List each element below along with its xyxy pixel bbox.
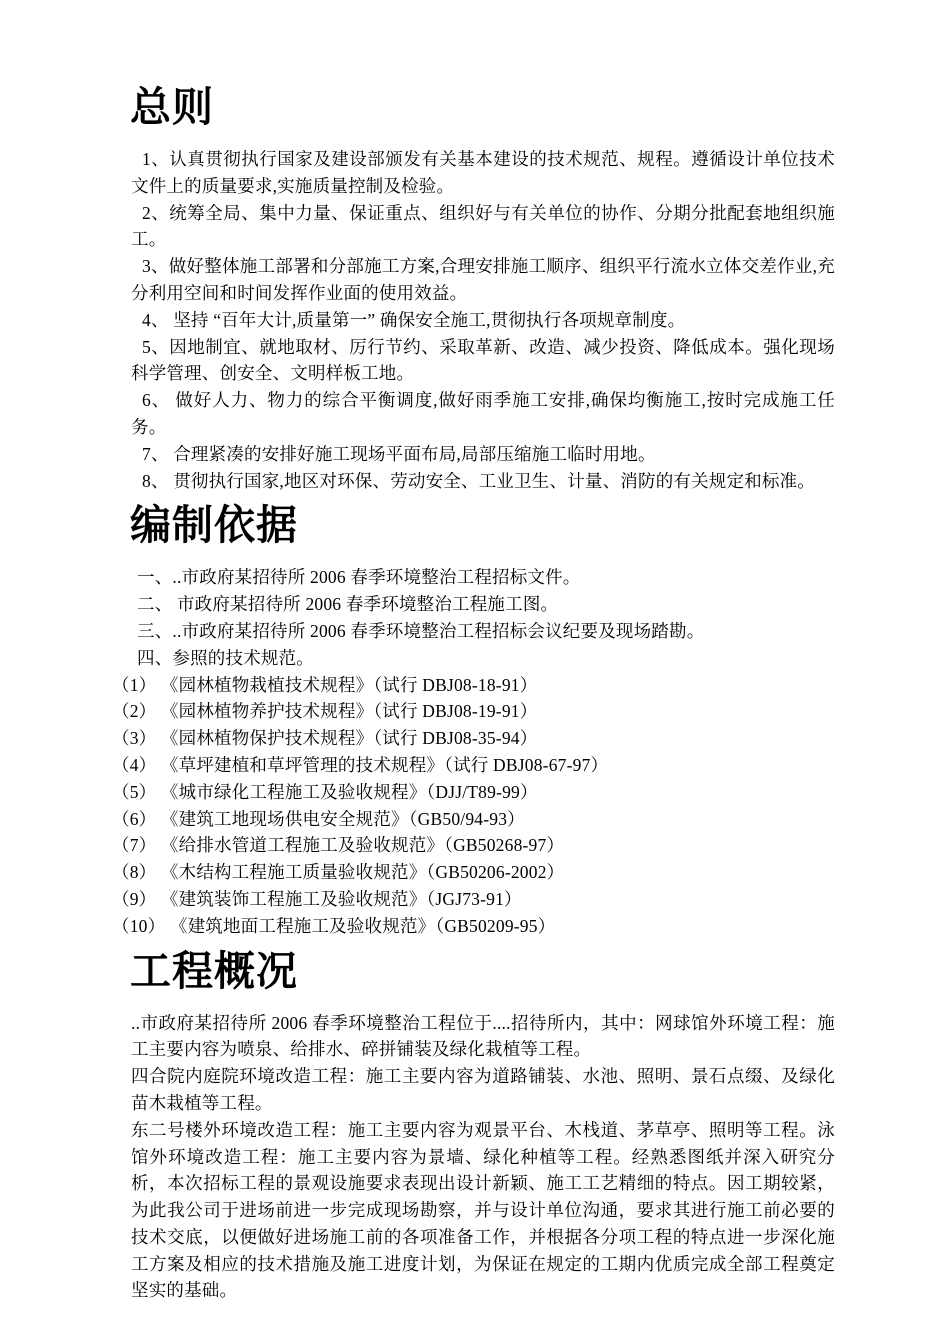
clause-item: 2、统筹全局、集中力量、保证重点、组织好与有关单位的协作、分期分批配套地组织施工… [131,200,835,254]
clause-item: 7、 合理紧凑的安排好施工现场平面布局,局部压缩施工临时用地。 [131,441,835,468]
section-project-overview: 工程概况 ..市政府某招待所 2006 春季环境整治工程位于....招待所内，其… [110,946,835,1305]
basis-item: 二、 市政府某招待所 2006 春季环境整治工程施工图。 [131,591,835,618]
section-title-project-overview: 工程概况 [130,946,835,996]
clause-item: 8、 贯彻执行国家,地区对环保、劳动安全、工业卫生、计量、消防的有关规定和标准。 [131,468,835,495]
regulation-item: （3） 《园林植物保护技术规程》（试行 DBJ08-35-94） [110,725,835,752]
regulation-item: （5） 《城市绿化工程施工及验收规程》（DJJ/T89-99） [110,779,835,806]
basis-item: 一、..市政府某招待所 2006 春季环境整治工程招标文件。 [131,564,835,591]
section-title-general-principles: 总则 [130,82,835,132]
clause-item: 3、做好整体施工部署和分部施工方案,合理安排施工顺序、组织平行流水立体交差作业,… [131,253,835,307]
clause-item: 6、 做好人力、物力的综合平衡调度,做好雨季施工安排,确保均衡施工,按时完成施工… [131,387,835,441]
regulation-item: （9） 《建筑装饰工程施工及验收规范》（JGJ73-91） [110,886,835,913]
clause-item: 1、认真贯彻执行国家及建设部颁发有关基本建设的技术规范、规程。遵循设计单位技术文… [131,146,835,200]
overview-paragraph: 东二号楼外环境改造工程：施工主要内容为观景平台、木栈道、茅草亭、照明等工程。泳馆… [131,1117,835,1305]
basis-item: 三、..市政府某招待所 2006 春季环境整治工程招标会议纪要及现场踏勘。 [131,618,835,645]
regulation-item: （8） 《木结构工程施工质量验收规范》（GB50206-2002） [110,859,835,886]
regulation-item: （4） 《草坪建植和草坪管理的技术规程》（试行 DBJ08-67-97） [110,752,835,779]
overview-paragraph: ..市政府某招待所 2006 春季环境整治工程位于....招待所内，其中：网球馆… [131,1010,835,1064]
basis-item: 四、参照的技术规范。 [131,645,835,672]
regulation-item: （2） 《园林植物养护技术规程》（试行 DBJ08-19-91） [110,698,835,725]
regulation-item: （6） 《建筑工地现场供电安全规范》（GB50/94-93） [110,806,835,833]
clause-item: 5、因地制宜、就地取材、厉行节约、采取革新、改造、减少投资、降低成本。强化现场科… [131,334,835,388]
regulation-item: （10） 《建筑地面工程施工及验收规范》（GB50209-95） [110,913,835,940]
regulation-item: （1） 《园林植物栽植技术规程》（试行 DBJ08-18-91） [110,672,835,699]
section-compilation-basis: 编制依据 一、..市政府某招待所 2006 春季环境整治工程招标文件。 二、 市… [110,500,835,939]
section-title-compilation-basis: 编制依据 [130,500,835,550]
regulation-item: （7） 《给排水管道工程施工及验收规范》（GB50268-97） [110,832,835,859]
overview-paragraph: 四合院内庭院环境改造工程：施工主要内容为道路铺装、水池、照明、景石点缀、及绿化苗… [131,1063,835,1117]
section-general-principles: 总则 1、认真贯彻执行国家及建设部颁发有关基本建设的技术规范、规程。遵循设计单位… [110,82,835,494]
document-page: 总则 1、认真贯彻执行国家及建设部颁发有关基本建设的技术规范、规程。遵循设计单位… [0,0,950,1344]
clause-item: 4、 坚持 “百年大计,质量第一” 确保安全施工,贯彻执行各项规章制度。 [131,307,835,334]
